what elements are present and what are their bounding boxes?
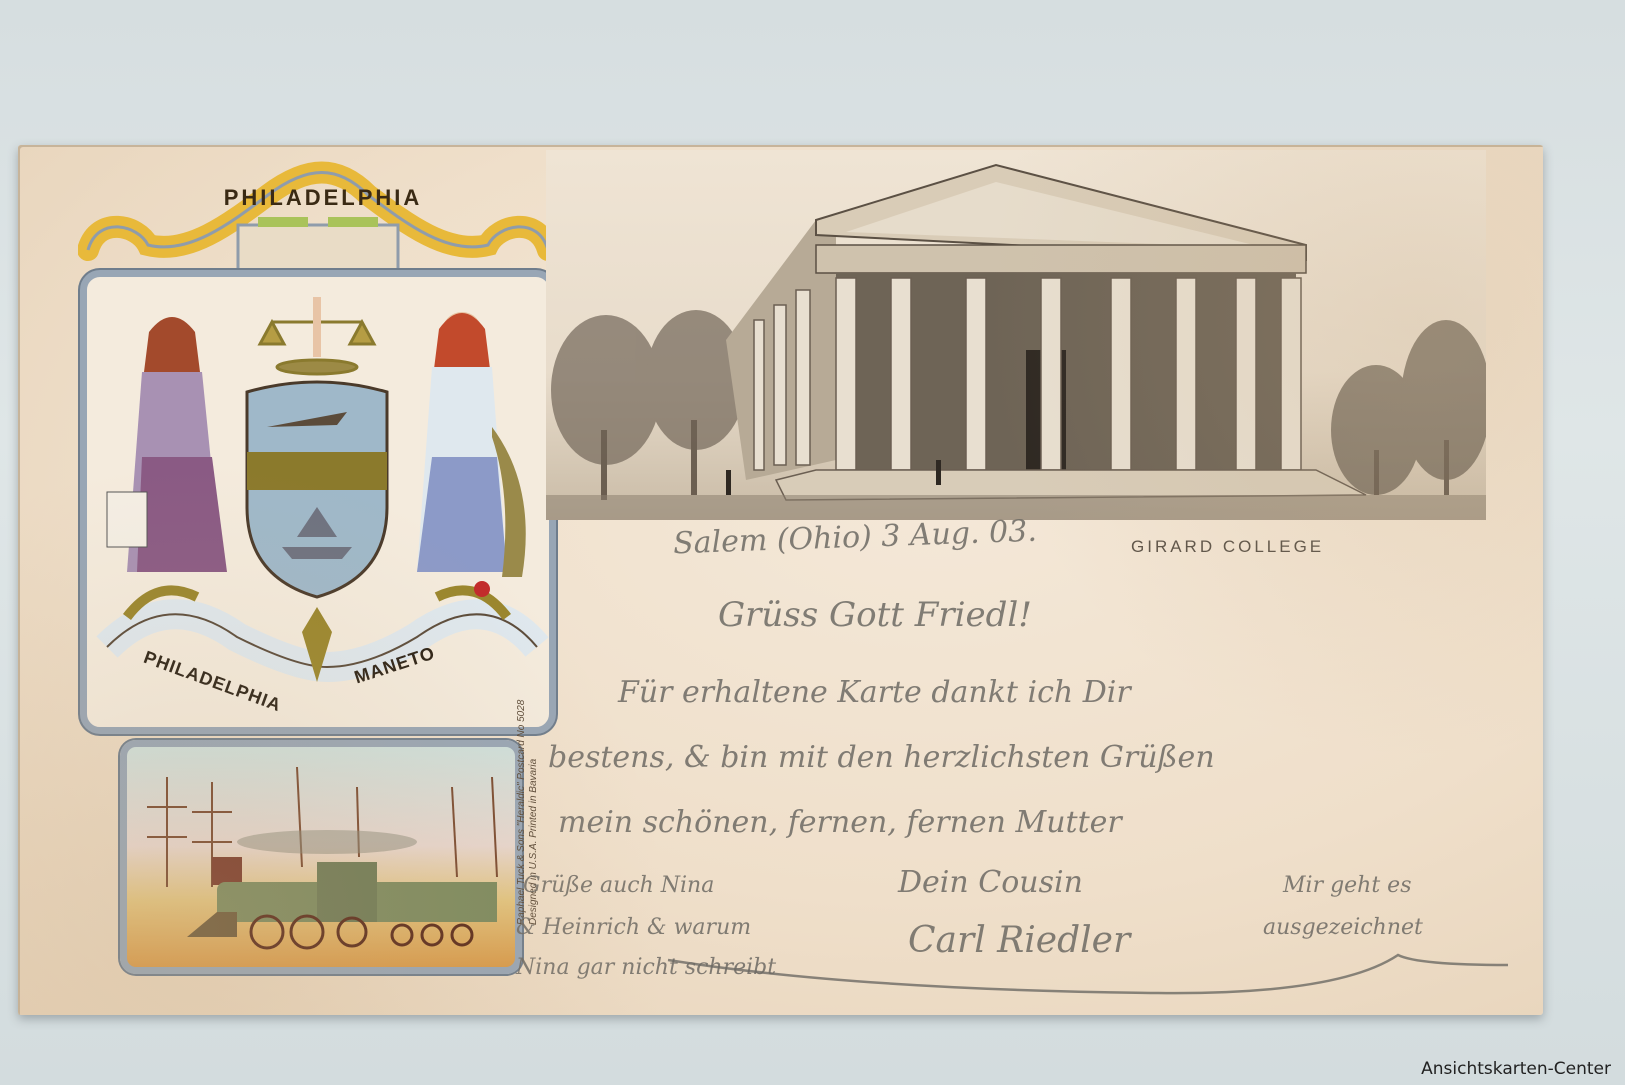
trees-right [1331,320,1486,495]
girard-college-engraving [546,150,1486,520]
building-illustration [546,150,1486,520]
handwritten-line-2: bestens, & bin mit den herzlichsten Grüß… [548,740,1215,775]
locomotive-illustration [127,747,515,967]
side-note-right-2: ausgezeichnet [1263,915,1423,940]
watermark: Ansichtskarten-Center [1421,1059,1611,1079]
side-note-right-1: Mir geht es [1283,873,1412,898]
handwritten-closing: Dein Cousin [898,865,1083,900]
handwritten-line-3: mein schönen, fernen, fernen Mutter [558,805,1122,840]
right-allegorical-figure [417,312,526,577]
crest-title: PHILADELPHIA [198,185,448,211]
locomotive-vignette [120,740,522,974]
handwritten-dateline: Salem (Ohio) 3 Aug. 03. [673,514,1038,562]
signature-flourish [658,945,1518,1005]
handwritten-greeting: Grüss Gott Friedl! [718,595,1032,635]
trees-left [551,310,746,500]
crest-arch-ornament [78,155,558,275]
image-caption: GIRARD COLLEGE [1131,537,1324,557]
postcard: PHILADELPHIA [18,145,1543,1015]
handwritten-line-1: Für erhaltene Karte dankt ich Dir [618,675,1131,710]
left-allegorical-figure [107,317,227,572]
scales-icon [260,297,374,374]
locomotive [187,857,497,948]
side-note-left-2: & Heinrich & warum [516,915,751,940]
side-note-left-1: Grüße auch Nina [523,873,714,898]
